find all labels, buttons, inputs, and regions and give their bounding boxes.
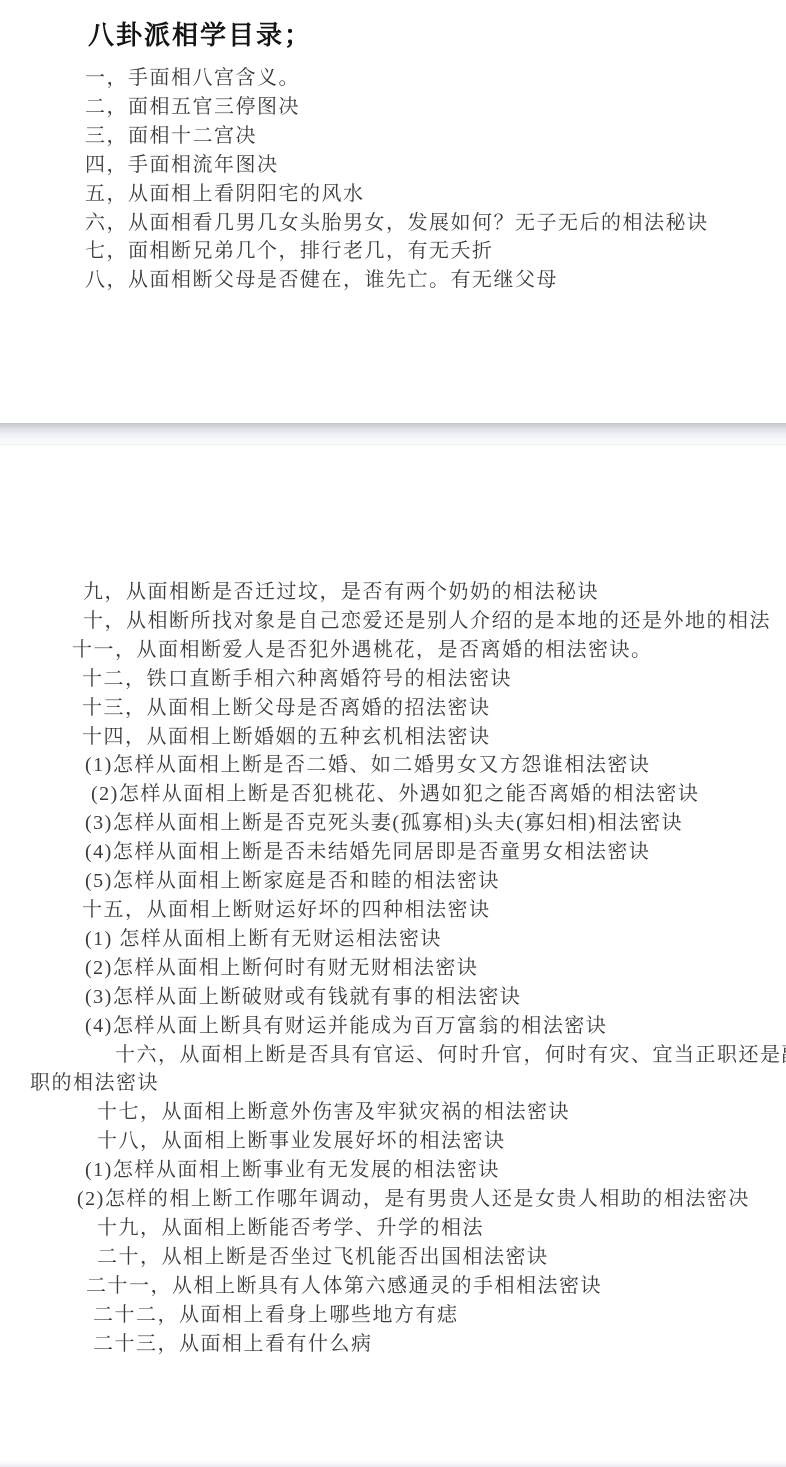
toc-item: 三，面相十二宫决 xyxy=(0,122,786,151)
toc-item: 十一，从面相断爱人是否犯外遇桃花，是否离婚的相法密诀。 xyxy=(0,636,786,665)
toc-item: 十六，从面相上断是否具有官运、何时升官，何时有灾、宜当正职还是副 xyxy=(0,1041,786,1070)
toc-item: (2)怎样的相上断工作哪年调动，是有男贵人还是女贵人相助的相法密决 xyxy=(0,1185,786,1214)
toc-item: 十八，从面相上断事业发展好坏的相法密诀 xyxy=(0,1127,786,1156)
toc-item: 六，从面相看几男几女头胎男女，发展如何？无子无后的相法秘诀 xyxy=(0,209,786,238)
toc-item: 十五，从面相上断财运好坏的四种相法密诀 xyxy=(0,896,786,925)
toc-item: 一，手面相八宫含义。 xyxy=(0,64,786,93)
toc-item: (2)怎样从面相上断何时有财无财相法密诀 xyxy=(0,954,786,983)
toc-item: 九，从面相断是否迁过坟，是否有两个奶奶的相法秘诀 xyxy=(0,578,786,607)
toc-item: 七，面相断兄弟几个，排行老几，有无夭折 xyxy=(0,237,786,266)
toc-item: (2)怎样从面相上断是否犯桃花、外遇如犯之能否离婚的相法密诀 xyxy=(0,780,786,809)
toc-item: (3)怎样从面相上断是否克死头妻(孤寡相)头夫(寡妇相)相法密诀 xyxy=(0,809,786,838)
toc-list-page-2: 九，从面相断是否迁过坟，是否有两个奶奶的相法秘诀十，从相断所找对象是自己恋爱还是… xyxy=(0,445,786,1358)
toc-item: 十，从相断所找对象是自己恋爱还是别人介绍的是本地的还是外地的相法 xyxy=(0,607,786,636)
toc-item: 二十二，从面相上看身上哪些地方有痣 xyxy=(0,1301,786,1330)
document-viewport: { "document": { "title": "八卦派相学目录；", "pa… xyxy=(0,0,786,1467)
toc-item: 二十，从相上断是否坐过飞机能否出国相法密诀 xyxy=(0,1243,786,1272)
document-page-2: 九，从面相断是否迁过坟，是否有两个奶奶的相法秘诀十，从相断所找对象是自己恋爱还是… xyxy=(0,445,786,1460)
toc-item: (4)怎样从面相上断是否未结婚先同居即是否童男女相法密诀 xyxy=(0,838,786,867)
page-title: 八卦派相学目录； xyxy=(0,0,786,51)
toc-item: 十三，从面相上断父母是否离婚的招法密诀 xyxy=(0,694,786,723)
toc-item: (5)怎样从面相上断家庭是否和睦的相法密诀 xyxy=(0,867,786,896)
page-gap-bottom xyxy=(0,1460,786,1467)
toc-item: 八，从面相断父母是否健在，谁先亡。有无继父母 xyxy=(0,266,786,295)
toc-item: 二十一，从相上断具有人体第六感通灵的手相相法密诀 xyxy=(0,1272,786,1301)
toc-item: (4)怎样从面上断具有财运并能成为百万富翁的相法密诀 xyxy=(0,1012,786,1041)
toc-item: (3)怎样从面上断破财或有钱就有事的相法密诀 xyxy=(0,983,786,1012)
page-gap xyxy=(0,423,786,445)
toc-item: 二，面相五官三停图决 xyxy=(0,93,786,122)
toc-item: 职的相法密诀 xyxy=(0,1069,786,1098)
toc-item: 二十三，从面相上看有什么病 xyxy=(0,1330,786,1359)
toc-item: 十九，从面相上断能否考学、升学的相法 xyxy=(0,1214,786,1243)
toc-item: (1)怎样从面相上断事业有无发展的相法密诀 xyxy=(0,1156,786,1185)
toc-item: 十二，铁口直断手相六种离婚符号的相法密诀 xyxy=(0,665,786,694)
toc-item: 十四，从面相上断婚姻的五种玄机相法密诀 xyxy=(0,723,786,752)
document-page-1: 八卦派相学目录； 一，手面相八宫含义。二，面相五官三停图决三，面相十二宫决四，手… xyxy=(0,0,786,423)
toc-item: (1) 怎样从面相上断有无财运相法密诀 xyxy=(0,925,786,954)
toc-list-page-1: 一，手面相八宫含义。二，面相五官三停图决三，面相十二宫决四，手面相流年图决五，从… xyxy=(0,51,786,295)
toc-item: 四，手面相流年图决 xyxy=(0,151,786,180)
toc-item: 五，从面相上看阴阳宅的风水 xyxy=(0,180,786,209)
toc-item: (1)怎样从面相上断是否二婚、如二婚男女又方怨谁相法密诀 xyxy=(0,751,786,780)
toc-item: 十七，从面相上断意外伤害及牢狱灾祸的相法密诀 xyxy=(0,1098,786,1127)
